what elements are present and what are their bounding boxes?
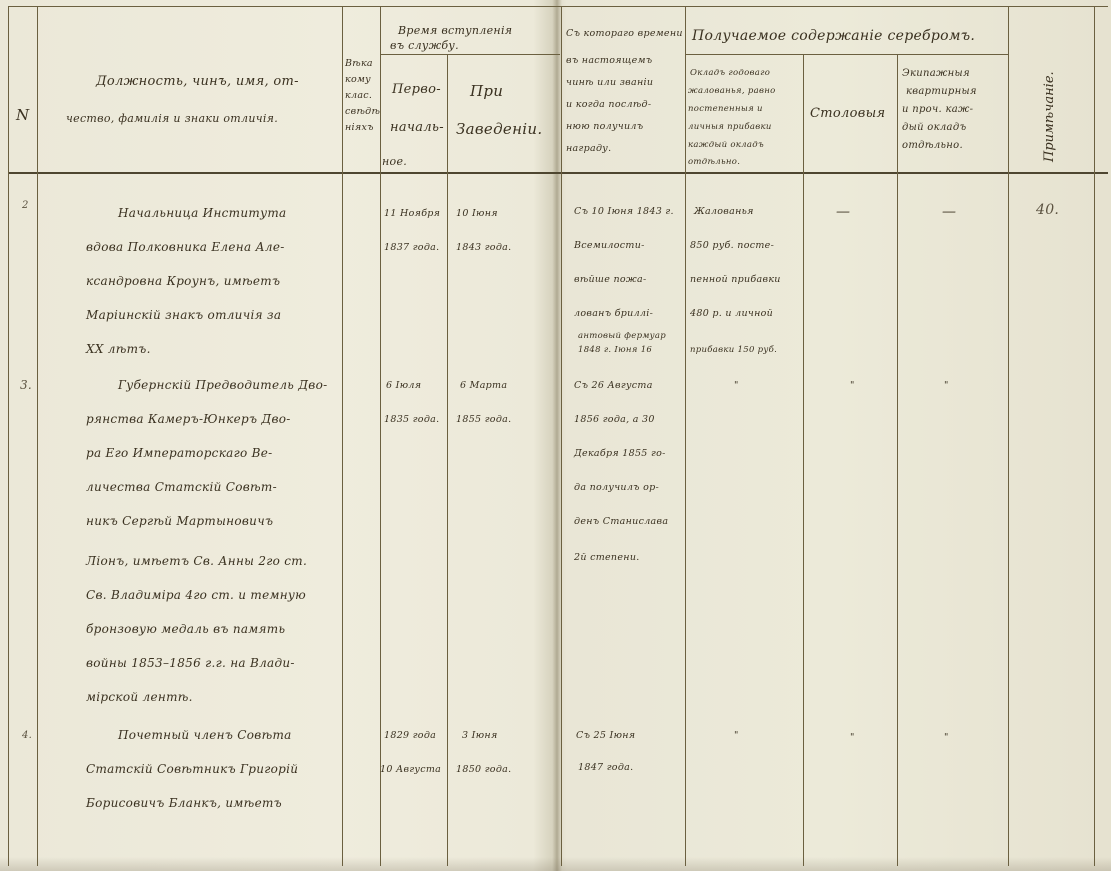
header-number: N xyxy=(16,106,29,124)
position-line: бронзовую медаль въ память xyxy=(86,622,285,636)
position-line: ра Его Императорскаго Ве- xyxy=(86,446,273,460)
position-line: Борисовичъ Бланкъ, имѣетъ xyxy=(86,796,282,810)
row-number: 2 xyxy=(22,200,29,211)
rank-since: Съ 26 Августа xyxy=(574,380,653,391)
header-position-line2: чество, фамилія и знаки отличія. xyxy=(66,112,278,125)
rank-since: 1848 г. Іюня 16 xyxy=(578,345,652,355)
rank-since: вѣйше пожа- xyxy=(574,274,646,285)
header-salary-annual-line6: отдѣльно. xyxy=(688,157,740,167)
header-salary-other-line5: отдѣльно. xyxy=(902,140,963,151)
header-salary-annual-line1: Окладъ годоваго xyxy=(690,68,770,78)
header-rank-since-line5: нюю получилъ xyxy=(566,121,643,132)
entry-institution: 1850 года. xyxy=(456,764,511,775)
row-number: 3. xyxy=(20,378,32,392)
entry-institution: 1843 года. xyxy=(456,242,511,253)
rank-since: денъ Станислава xyxy=(574,516,668,527)
position-line: Св. Владиміра 4го ст. и темную xyxy=(86,588,306,602)
rank-since: да получилъ ор- xyxy=(574,482,659,493)
rank-since: лованъ бриллі- xyxy=(574,308,653,319)
rank-since: Всемилости- xyxy=(574,240,645,251)
rule-right-edge xyxy=(1094,6,1095,866)
position-line: Ліонъ, имѣетъ Св. Анны 2го ст. xyxy=(86,554,307,568)
header-salary-other-line4: дый окладъ xyxy=(902,122,966,133)
header-salary-annual-line5: каждый окладъ xyxy=(688,140,764,150)
salary-annual: прибавки 150 руб. xyxy=(690,345,777,355)
header-top-rule xyxy=(8,6,1108,7)
rule-entry-first-col xyxy=(447,54,448,866)
header-age-line1: Вѣка xyxy=(345,58,373,69)
header-rank-since-line3: чинѣ или званіи xyxy=(566,77,653,88)
rule-number-col xyxy=(37,6,38,866)
header-age-line3: клас. xyxy=(345,90,372,101)
salary-other: — xyxy=(942,204,956,220)
rule-salary-table-col xyxy=(897,54,898,866)
position-line: рянства Камеръ-Юнкеръ Дво- xyxy=(86,412,291,426)
salary-annual-ditto: " xyxy=(734,380,739,391)
header-entry-first-line2: началь- xyxy=(390,120,444,135)
rank-since: 1847 года. xyxy=(578,762,633,773)
header-salary-annual-line3: постепенныя и xyxy=(688,104,763,114)
header-entry-inst-line2: Заведеніи. xyxy=(456,120,542,138)
rule-salary-annual-col xyxy=(803,54,804,866)
position-line: Маріинскій знакъ отличія за xyxy=(86,308,281,322)
header-entry-first-line1: Перво- xyxy=(392,82,441,97)
position-line: Почетный членъ Совѣта xyxy=(118,728,292,742)
salary-other-ditto: " xyxy=(944,380,949,391)
header-age-line2: кому xyxy=(345,74,371,85)
position-line: вдова Полковника Елена Але- xyxy=(86,240,285,254)
header-salary-group: Получаемое содержаніе серебромъ. xyxy=(692,28,975,44)
salary-group-rule xyxy=(685,54,1008,55)
position-line: XX лѣтъ. xyxy=(86,342,151,356)
header-salary-table: Столовыя xyxy=(810,106,885,121)
entry-first: 10 Августа xyxy=(380,764,441,775)
position-line: Губернскій Предводитель Дво- xyxy=(118,378,327,392)
entry-first: 1829 года xyxy=(384,730,436,741)
position-line: мірской лентѣ. xyxy=(86,690,193,704)
header-entry-group-line1: Время вступленія xyxy=(398,24,512,37)
salary-annual: пенной прибавки xyxy=(690,274,781,285)
header-age-line4: свѣдѣ xyxy=(345,106,380,117)
header-salary-annual-line4: личныя прибавки xyxy=(688,122,772,132)
header-salary-other-line2: квартирныя xyxy=(906,86,977,97)
salary-table-ditto: " xyxy=(850,380,855,391)
header-rank-since-line1: Съ котораго времени xyxy=(566,28,683,39)
position-line: ксандровна Кроунъ, имѣетъ xyxy=(86,274,280,288)
entry-group-rule xyxy=(380,54,560,55)
page-edge-shadow xyxy=(0,857,1111,871)
header-position-line1: Должность, чинъ, имя, от- xyxy=(96,74,299,89)
salary-annual: Жалованья xyxy=(694,206,754,217)
header-salary-other-line3: и проч. каж- xyxy=(902,104,973,115)
position-line: никъ Сергѣй Мартыновичъ xyxy=(86,514,273,528)
rank-since: Съ 10 Іюня 1843 г. xyxy=(574,206,674,217)
salary-annual: 480 р. и личной xyxy=(690,308,773,319)
rule-age-col xyxy=(380,6,381,866)
rule-left-edge xyxy=(8,6,9,866)
header-rank-since-line2: въ настоящемъ xyxy=(566,55,652,66)
header-age-line5: ніяхъ xyxy=(345,122,374,133)
salary-table: — xyxy=(836,204,850,220)
rank-since: антовый фермуар xyxy=(578,331,666,341)
header-salary-annual-line2: жалованья, равно xyxy=(688,86,776,96)
position-line: войны 1853–1856 г.г. на Влади- xyxy=(86,656,295,670)
document-spread: N Должность, чинъ, имя, от- чество, фами… xyxy=(0,0,1111,871)
header-salary-other-line1: Экипажныя xyxy=(902,68,970,79)
rank-since: Декабря 1855 го- xyxy=(574,448,666,459)
header-entry-first-line3: ное. xyxy=(382,155,407,168)
rank-since: 2й степени. xyxy=(574,552,640,563)
header-notes: Примѣчаніе. xyxy=(1042,71,1057,162)
entry-first: 11 Ноября xyxy=(384,208,440,219)
notes-value: 40. xyxy=(1036,202,1059,218)
rule-position-col xyxy=(342,6,343,866)
header-bottom-rule xyxy=(8,172,1108,174)
row-number: 4. xyxy=(22,730,32,741)
entry-institution: 6 Марта xyxy=(460,380,507,391)
position-line: личества Статскій Совѣт- xyxy=(86,480,277,494)
position-line: Начальница Института xyxy=(118,206,286,220)
position-line: Статскій Совѣтникъ Григорій xyxy=(86,762,298,776)
header-entry-group-line2: въ службу. xyxy=(390,39,459,52)
entry-first: 6 Іюля xyxy=(386,380,421,391)
rule-rank-since-col xyxy=(685,6,686,866)
salary-annual: 850 руб. посте- xyxy=(690,240,774,251)
rank-since: 1856 года, а 30 xyxy=(574,414,655,425)
header-rank-since-line4: и когда послѣд- xyxy=(566,99,651,110)
header-rank-since-line6: награду. xyxy=(566,143,611,154)
salary-other-ditto: " xyxy=(944,732,949,743)
rule-entry-inst-col xyxy=(561,6,562,866)
entry-institution: 10 Іюня xyxy=(456,208,498,219)
entry-institution: 3 Іюня xyxy=(462,730,498,741)
entry-institution: 1855 года. xyxy=(456,414,511,425)
salary-table-ditto: " xyxy=(850,732,855,743)
header-entry-inst-line1: При xyxy=(470,82,503,100)
rank-since: Съ 25 Іюня xyxy=(576,730,635,741)
entry-first: 1835 года. xyxy=(384,414,439,425)
rule-salary-other-col xyxy=(1008,6,1009,866)
salary-annual-ditto: " xyxy=(734,730,739,741)
entry-first: 1837 года. xyxy=(384,242,439,253)
